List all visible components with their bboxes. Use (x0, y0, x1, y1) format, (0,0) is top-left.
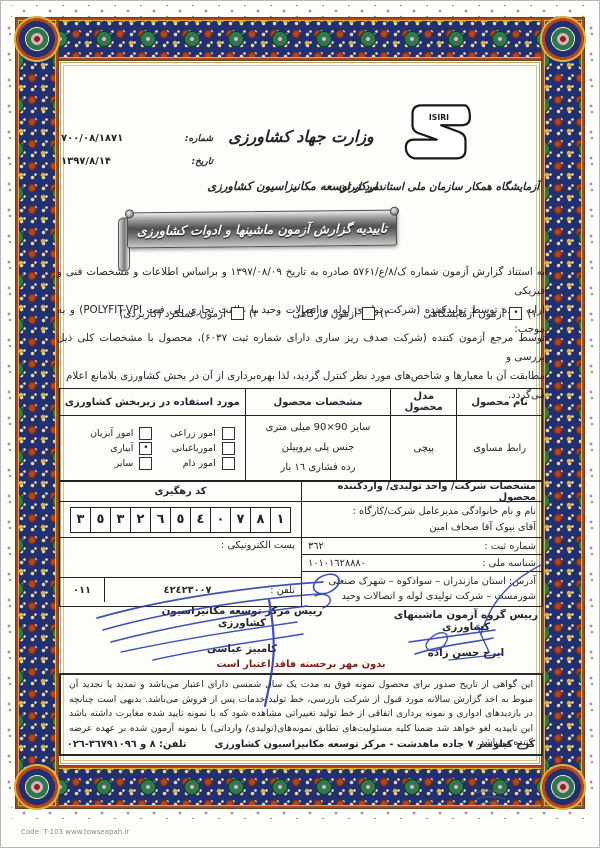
test-type-workshop: ۲) آزمون کارگاهی (292, 307, 389, 320)
company-info-header: مشخصات شرکت/ واحد تولیدی/ واردکننده محصو… (302, 482, 542, 502)
doc-meta: شماره: ۷۰۰/۰۸/۱۸۷۱ تاریخ: ۱۳۹۷/۸/۱۴ (61, 133, 213, 179)
usage-label: امورباغبانی (172, 443, 216, 454)
signature-block-center-head: رییس مرکز توسعه مکانیزاسیون کشاورزی کامب… (149, 605, 335, 655)
title-banner: تاییدیه گزارش آزمون ماشینها و ادوات کشاو… (127, 210, 397, 251)
signature-title: رییس گروه آزمون ماشینهای کشاورزی (391, 609, 541, 633)
company-address: آدرس: استان مازندران – سوادکوه – شهرک صن… (302, 572, 542, 606)
signature-block-test-group: رییس گروه آزمون ماشینهای کشاورزی ایرج حس… (391, 609, 541, 659)
banner-knob-icon (125, 209, 134, 218)
embossed-seal-note: بدون مهر برجسته فاقد اعتبار است (57, 659, 545, 670)
test-type-num: ۲) (380, 308, 390, 320)
check-mark: • (513, 309, 518, 318)
signature-name: ایرج حسن زاده (391, 647, 541, 659)
standard-lab-title: آزمایشگاه همکار سازمان ملی استاندارد ایر… (333, 181, 545, 193)
tracking-code-row: ٣ ٥ ٣ ٢ ٦ ٥ ٤ ٠ ٧ ٨ ١ (60, 502, 301, 538)
frame-sprinkle-top (11, 5, 589, 17)
tracking-column: کد رهگیری ٣ ٥ ٣ ٢ ٦ ٥ ٤ ٠ ٧ ٨ ١ (60, 482, 301, 606)
email-label: پست الکترونیکی : (221, 540, 295, 551)
footer-address-line: کرج کیلومتر ۷ جاده ماهدشت - مرکز توسعه م… (57, 739, 545, 750)
usage-livestock-checkbox (222, 457, 235, 470)
doc-date-row: تاریخ: ۱۳۹۷/۸/۱۴ (61, 156, 213, 167)
registration-row: شماره ثبت : ٣٦٢ (302, 538, 542, 555)
doc-number-row: شماره: ۷۰۰/۰۸/۱۸۷۱ (61, 133, 213, 144)
signature-name: کامبیز عباسی (149, 643, 335, 655)
national-id-value: ١٠١٠١٦٢٨٨٨٠ (308, 558, 366, 569)
ornate-border-left (15, 17, 59, 809)
tracking-digit: ٠ (210, 508, 230, 532)
usage-irrigation: • آبیاری (70, 442, 152, 455)
national-id-row: شناسه ملی : ١٠١٠١٦٢٨٨٨٠ (302, 555, 542, 572)
tracking-digit: ٤ (190, 508, 210, 532)
corner-medallion (9, 11, 65, 67)
tracking-digit: ٨ (250, 508, 270, 532)
col-product-usage: مورد استفاده در زیربخش کشاورزی (60, 389, 246, 416)
spec-pressure: رده فشاری ١٦ بار (250, 458, 387, 478)
national-id-label: شناسه ملی : (482, 558, 536, 569)
intro-paragraph: به استناد گزارش آزمون شماره ⁦۵۷۶۱/ک/۸/ع⁩… (57, 263, 545, 339)
product-model: پیچی (391, 416, 457, 481)
tracking-digit: ١ (270, 508, 290, 532)
usage-irrigation-checkbox: • (139, 442, 152, 455)
product-table: نام محصول مدل محصول مشخصات محصول مورد اس… (59, 388, 543, 481)
usage-crops-checkbox (222, 427, 235, 440)
frame-sprinkle-left (3, 15, 15, 807)
form-code: Code: T-103 www.towseapah.ir (21, 828, 129, 836)
tracking-digit: ٦ (150, 508, 170, 532)
ornate-border-top (15, 17, 585, 61)
usage-label: امور آبزیان (90, 428, 133, 439)
certificate-title: تاییدیه گزارش آزمون ماشینها و ادوات کشاو… (137, 220, 387, 238)
phone-area-code: ٠١١ (60, 578, 105, 602)
col-product-name: نام محصول (457, 389, 543, 416)
usage-other-checkbox (139, 457, 152, 470)
usage-label: امور زراعی (170, 428, 216, 439)
body-line-2: مطابقت آن با معیارها و شاخص‌های مورد نظر… (66, 370, 545, 382)
test-type-label: آزمون عملکرد (کاربردی) (119, 308, 225, 320)
doc-date-value: ۱۳۹۷/۸/۱۴ (61, 156, 111, 167)
registration-label: شماره ثبت : (484, 541, 536, 552)
usage-horticulture: امورباغبانی (152, 442, 234, 455)
tracking-digit: ٥ (90, 508, 110, 532)
tracking-digit: ٣ (110, 508, 130, 532)
workshop-test-checkbox (362, 307, 375, 320)
test-type-row: ۱) • آزمون آزمایشگاهی ۲) آزمون کارگاهی ۳… (57, 307, 537, 320)
doc-number-value: ۷۰۰/۰۸/۱۸۷۱ (61, 133, 123, 144)
banner-body: تاییدیه گزارش آزمون ماشینها و ادوات کشاو… (127, 210, 397, 249)
performance-test-checkbox (231, 307, 244, 320)
usage-other: سایر (70, 457, 152, 470)
spec-size: سایز 90×90 میلی متری (250, 418, 387, 438)
usage-label: آبیاری (110, 443, 133, 454)
product-name: رابط مساوی (457, 416, 543, 481)
test-type-label: آزمون آزمایشگاهی (424, 308, 505, 320)
usage-horticulture-checkbox (222, 442, 235, 455)
tracking-code-boxes: ٣ ٥ ٣ ٢ ٦ ٥ ٤ ٠ ٧ ٨ ١ (70, 507, 291, 533)
ceo-label: نام و نام خانوادگی مدیرعامل شرکت/کارگاه … (308, 504, 536, 520)
banner-knob-icon (390, 207, 399, 216)
usage-livestock: امور دام (152, 457, 234, 470)
usage-checkbox-grid: امور زراعی امورباغبانی امور دام امور آبز… (64, 425, 241, 472)
test-type-num: ۱) (527, 308, 537, 320)
body-line-1: توسط مرجع آزمون کننده (شرکت صدف ریز ساری… (57, 332, 545, 363)
test-type-label: آزمون کارگاهی (292, 308, 357, 320)
product-usage: امور زراعی امورباغبانی امور دام امور آبز… (60, 416, 246, 481)
ceo-cell: نام و نام خانوادگی مدیرعامل شرکت/کارگاه … (302, 502, 542, 538)
phone-row: تلفن : ٤٢٤٢٣٠٠٧ ٠١١ (60, 578, 301, 602)
phone-label: تلفن : (270, 585, 301, 596)
test-type-performance: ۳) آزمون عملکرد (کاربردی) (119, 307, 258, 320)
product-table-row: رابط مساوی پیچی سایز 90×90 میلی متری جنس… (60, 416, 543, 481)
doc-date-label: تاریخ: (191, 157, 213, 167)
email-row: پست الکترونیکی : (60, 538, 301, 578)
footer-phone: تلفن: ٨ و ٣٦٧٩١٠٩٦-٠٢٦ (67, 739, 187, 750)
test-type-lab: ۱) • آزمون آزمایشگاهی (424, 307, 537, 320)
usage-label: سایر (115, 458, 134, 469)
usage-aquatic: امور آبزیان (70, 427, 152, 440)
tracking-digit: ٧ (230, 508, 250, 532)
corner-medallion (535, 11, 591, 67)
doc-number-label: شماره: (185, 134, 213, 144)
product-table-header-row: نام محصول مدل محصول مشخصات محصول مورد اس… (60, 389, 543, 416)
certificate-content: ISIRI وزارت جهاد کشاورزی مرکز توسعه مکان… (57, 61, 545, 773)
tracking-digit: ٢ (130, 508, 150, 532)
frame-sprinkle-right (585, 15, 597, 807)
company-table: مشخصات شرکت/ واحد تولیدی/ واردکننده محصو… (59, 481, 543, 607)
tracking-digit: ٣ (71, 508, 90, 532)
company-info-column: مشخصات شرکت/ واحد تولیدی/ واردکننده محصو… (301, 482, 542, 606)
certificate-page: ISIRI وزارت جهاد کشاورزی مرکز توسعه مکان… (0, 0, 600, 848)
usage-label: امور دام (183, 458, 216, 469)
check-mark: • (143, 444, 148, 453)
lab-test-checkbox: • (509, 307, 522, 320)
footer-address: کرج کیلومتر ۷ جاده ماهدشت - مرکز توسعه م… (215, 739, 536, 750)
isiri-logo-text: ISIRI (429, 113, 449, 122)
test-type-num: ۳) (249, 308, 259, 320)
signature-title: رییس مرکز توسعه مکانیزاسیون کشاورزی (149, 605, 335, 629)
ornate-border-right (541, 17, 585, 809)
col-product-model: مدل محصول (391, 389, 457, 416)
tracking-header: کد رهگیری (60, 482, 301, 502)
product-specs: سایز 90×90 میلی متری جنس پلی پروپیلن رده… (245, 416, 391, 481)
tracking-digit: ٥ (170, 508, 190, 532)
usage-crops: امور زراعی (152, 427, 234, 440)
col-product-specs: مشخصات محصول (245, 389, 391, 416)
registration-value: ٣٦٢ (308, 541, 324, 552)
spec-material: جنس پلی پروپیلن (250, 438, 387, 458)
intro-line-1: به استناد گزارش آزمون شماره ⁦۵۷۶۱/ک/۸/ع⁩… (57, 266, 545, 297)
usage-aquatic-checkbox (139, 427, 152, 440)
ceo-value: آقای بیوک آقا صحاف امین (308, 520, 536, 536)
registry-stamp (471, 787, 511, 809)
phone-value: ٤٢٤٢٣٠٠٧ (111, 585, 264, 596)
